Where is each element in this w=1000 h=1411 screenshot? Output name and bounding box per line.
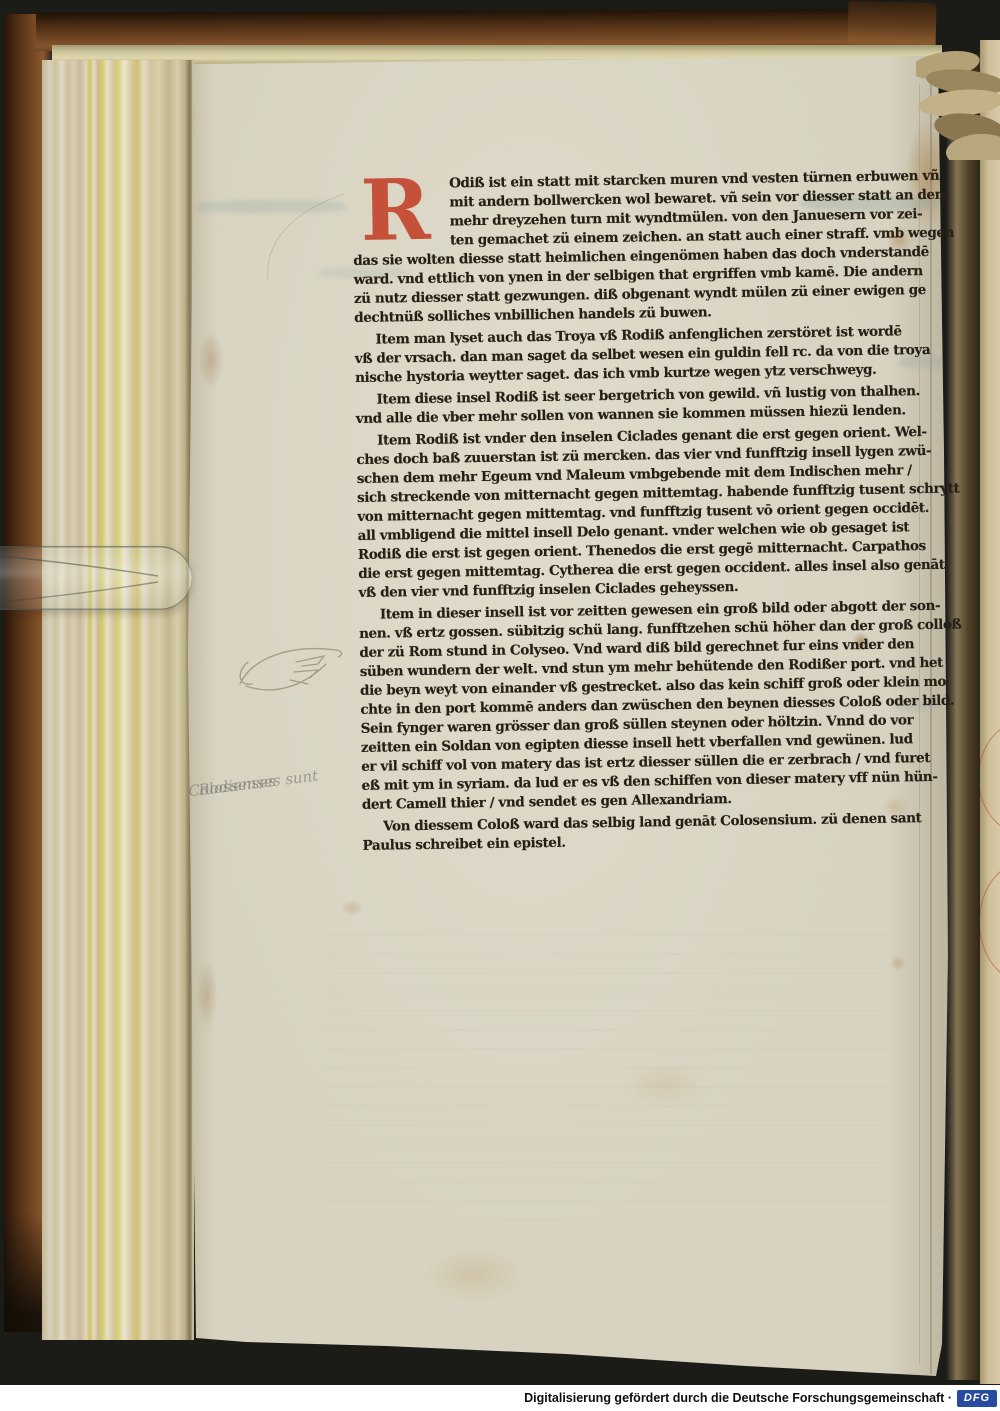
text-column: R Odiß ist ein statt mit starcken muren … <box>352 167 959 876</box>
page-edge-stack <box>42 60 194 1340</box>
faint-pencil-arc <box>252 190 352 285</box>
manicule-doodle <box>232 628 358 704</box>
attribution-bar: Digitalisierung gefördert durch die Deut… <box>0 1385 1000 1411</box>
paper-stain <box>198 330 224 390</box>
dfg-logo: DFG <box>957 1390 997 1407</box>
ruffled-page-corners <box>916 30 1000 160</box>
paragraph: Item in dieser insell ist vor zeitten ge… <box>359 597 958 815</box>
show-through <box>326 934 886 1234</box>
paragraph: Item man lyset auch das Troya vß Rodiß a… <box>354 322 951 388</box>
paper-stain <box>196 960 218 1030</box>
glass-page-holder <box>0 546 192 610</box>
paper-stain <box>890 955 906 971</box>
red-ink-circle <box>980 862 1000 982</box>
attribution-text: Digitalisierung gefördert durch die Deut… <box>524 1391 952 1405</box>
paragraph: Odiß ist ein statt mit starcken muren vn… <box>352 167 950 328</box>
scanned-book-page: R Odiß ist ein statt mit starcken muren … <box>0 0 1000 1411</box>
red-ink-circle <box>980 720 1000 835</box>
paper-stain <box>620 1060 710 1110</box>
paper-stain <box>420 1245 530 1305</box>
paragraph: Von diessem Coloß ward das selbig land g… <box>362 809 959 856</box>
paragraph: Item diese insel Rodiß ist seer bergetri… <box>355 382 952 429</box>
facing-page-sliver <box>980 40 1000 1384</box>
paper-stain <box>340 900 364 916</box>
paragraph: Item Rodiß ist vnder den inselen Ciclade… <box>356 423 955 603</box>
